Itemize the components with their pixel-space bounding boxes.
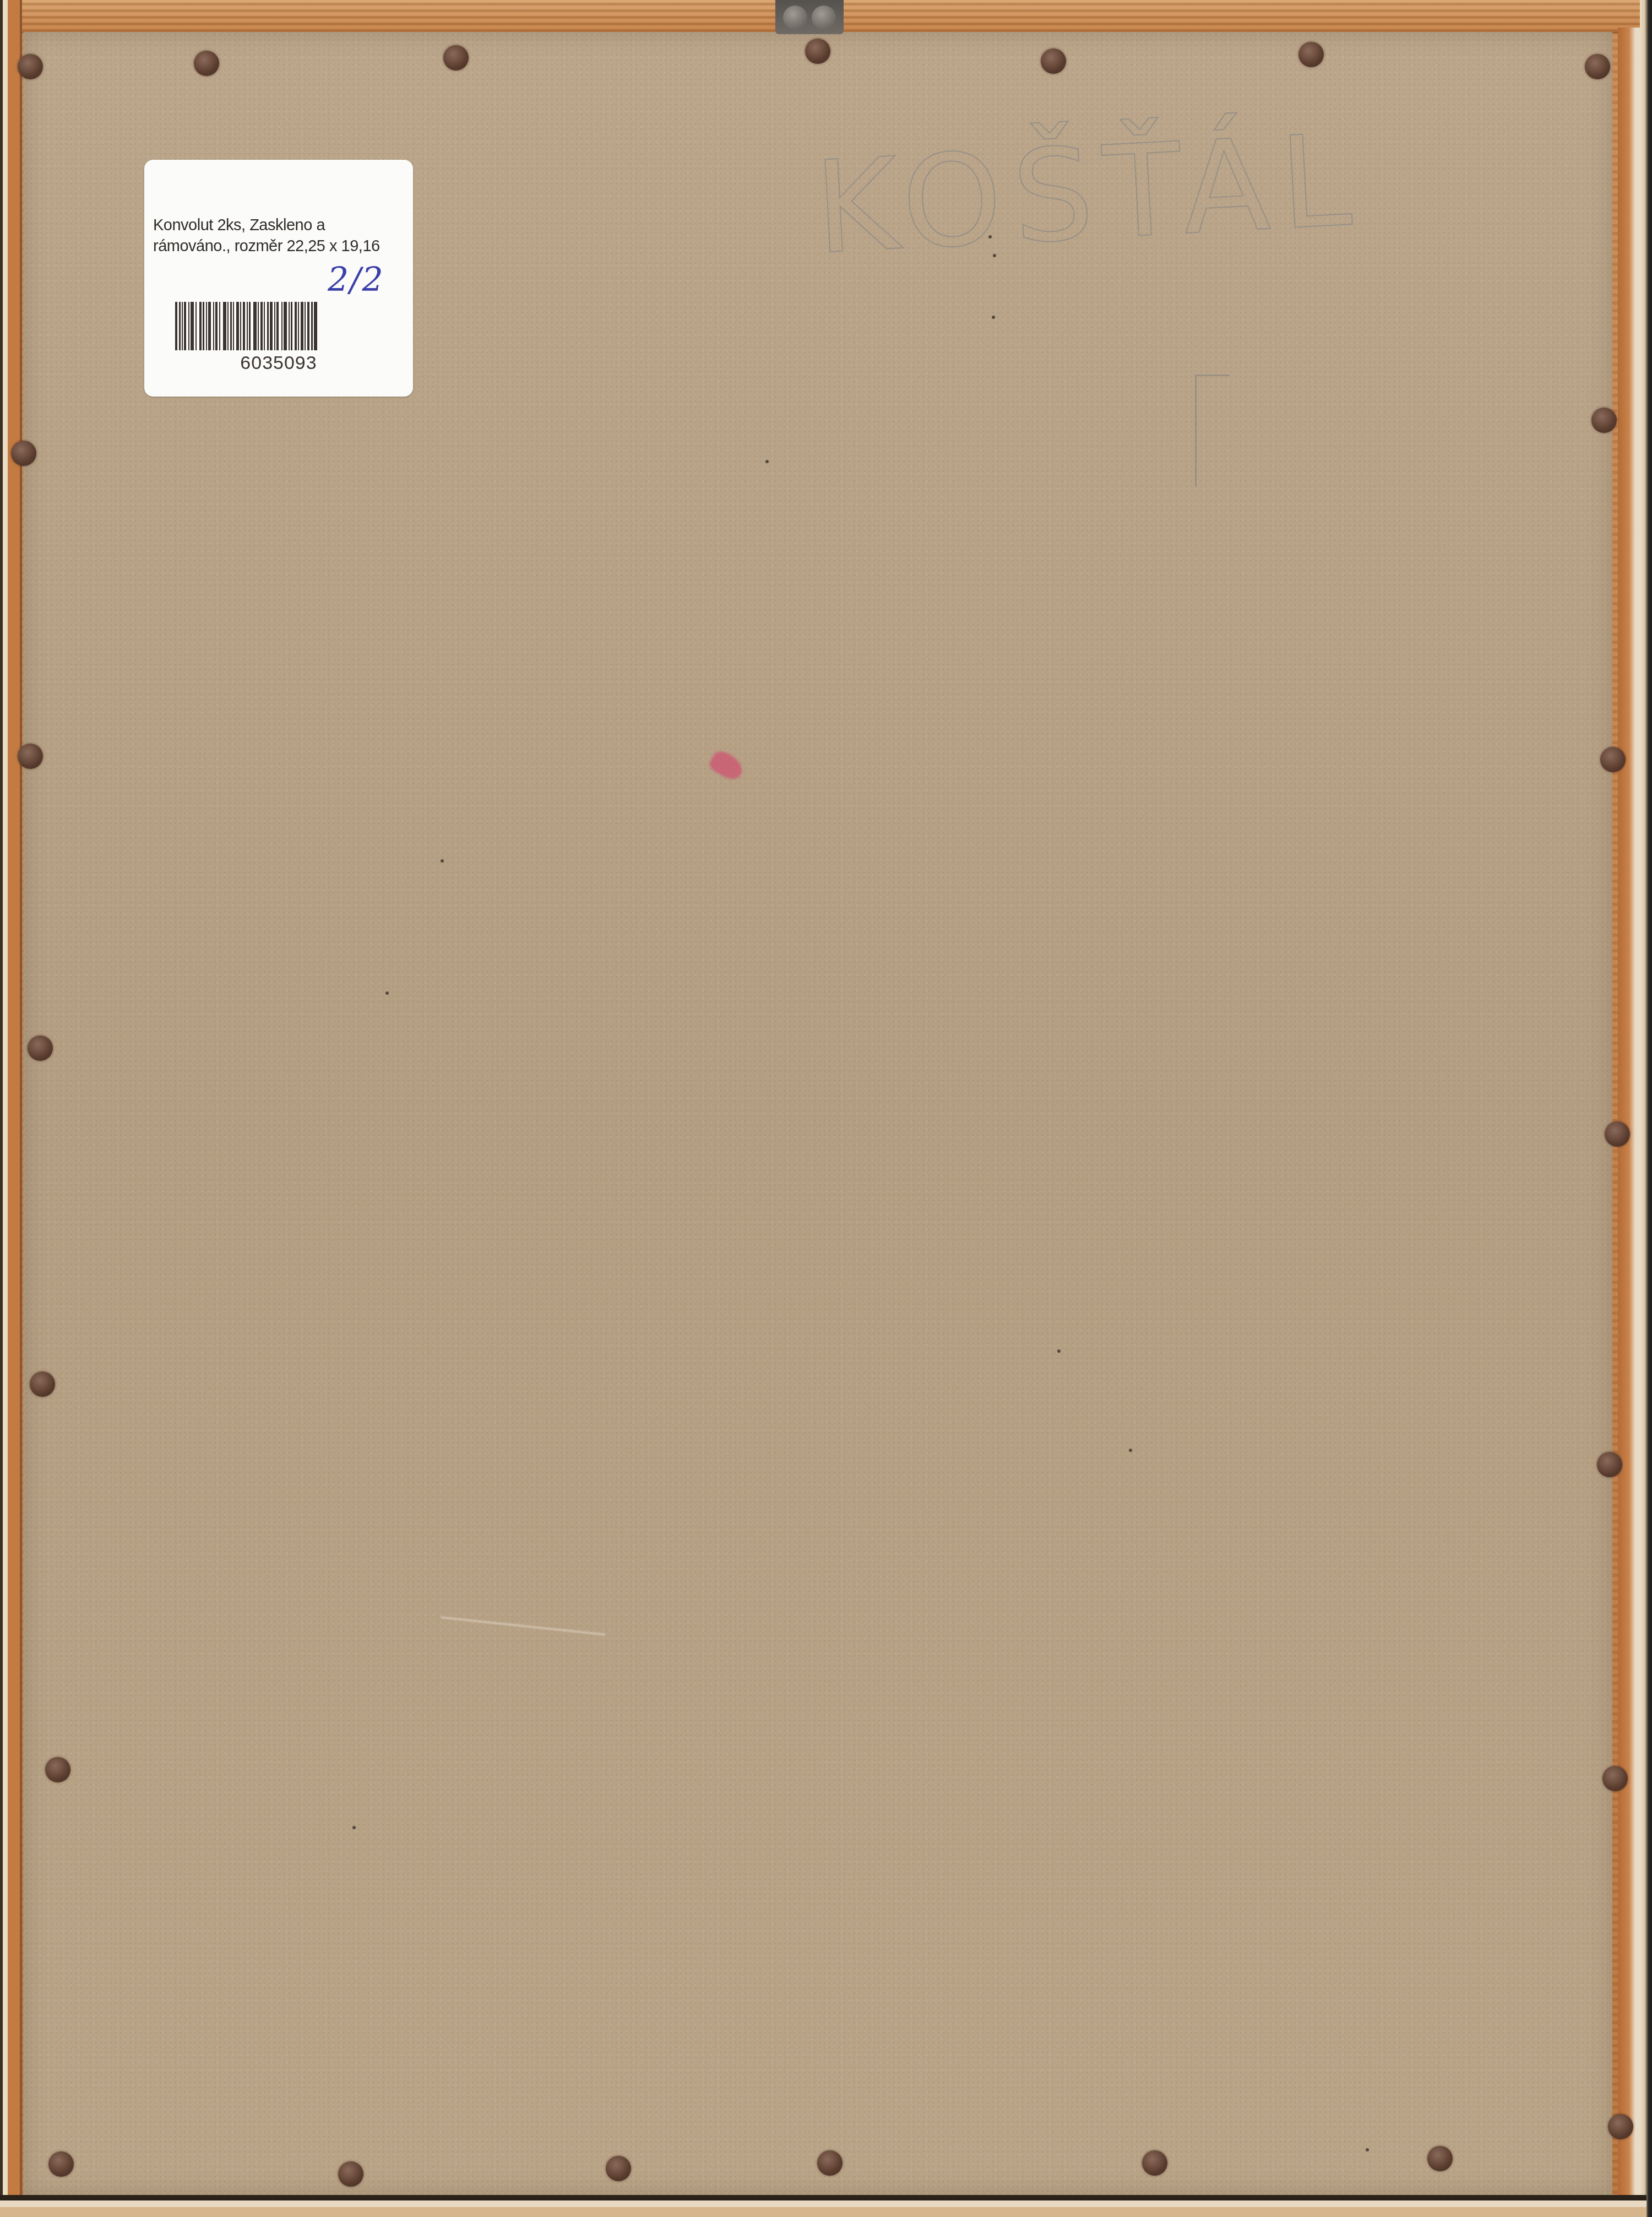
nail-icon	[805, 39, 830, 64]
handwritten-note: 2/2	[328, 261, 384, 299]
speck	[352, 1826, 356, 1829]
label-description-line1: Konvolut 2ks, Zaskleno a	[153, 215, 412, 236]
nail-icon	[1585, 54, 1610, 79]
speck	[1129, 1449, 1132, 1452]
nail-icon	[30, 1372, 55, 1397]
label-description-line2: rámováno., rozměr 22,25 x 19,16	[153, 236, 412, 257]
auction-label: Konvolut 2ks, Zaskleno a rámováno., rozm…	[144, 160, 413, 397]
framed-artwork-back: KOŠŤÁL Konvolut 2ks, Zaskleno a rámováno…	[0, 0, 1652, 2217]
pencil-mark	[1195, 375, 1230, 486]
frame-right-edge	[1640, 0, 1652, 2217]
nail-icon	[18, 54, 43, 79]
rivet-icon	[783, 6, 807, 30]
speck	[1366, 2148, 1369, 2151]
frame-right-rail	[1618, 28, 1640, 2198]
nail-icon	[1041, 48, 1066, 74]
speck	[441, 859, 444, 863]
nail-icon	[1427, 2146, 1453, 2171]
nail-icon	[1591, 408, 1617, 433]
nail-icon	[1597, 1452, 1622, 1477]
nail-icon	[1600, 747, 1626, 772]
rivet-icon	[812, 6, 836, 30]
barcode-icon	[175, 302, 366, 350]
speck	[1057, 1349, 1061, 1353]
barcode-number: 6035093	[144, 353, 413, 374]
speck	[765, 460, 769, 463]
nail-icon	[443, 45, 469, 71]
nail-icon	[28, 1036, 53, 1061]
nail-icon	[1142, 2150, 1167, 2176]
speck	[992, 316, 995, 319]
frame-bottom-rail	[0, 2195, 1646, 2217]
nail-icon	[606, 2156, 631, 2181]
nail-icon	[1298, 42, 1324, 67]
nail-icon	[338, 2161, 363, 2187]
nail-icon	[1608, 2114, 1633, 2139]
nail-icon	[1602, 1766, 1628, 1791]
nail-icon	[45, 1757, 70, 1782]
speck	[385, 991, 389, 995]
nail-icon	[817, 2150, 843, 2176]
nail-icon	[48, 2151, 74, 2177]
hanging-hook-icon	[775, 0, 844, 34]
nail-icon	[11, 441, 36, 466]
nail-icon	[194, 51, 219, 76]
nail-icon	[18, 744, 43, 769]
frame-left-rail	[0, 0, 24, 2217]
label-description: Konvolut 2ks, Zaskleno a rámováno., rozm…	[153, 215, 412, 257]
nail-icon	[1605, 1121, 1630, 1147]
pencil-signature: KOŠŤÁL	[812, 107, 1366, 283]
